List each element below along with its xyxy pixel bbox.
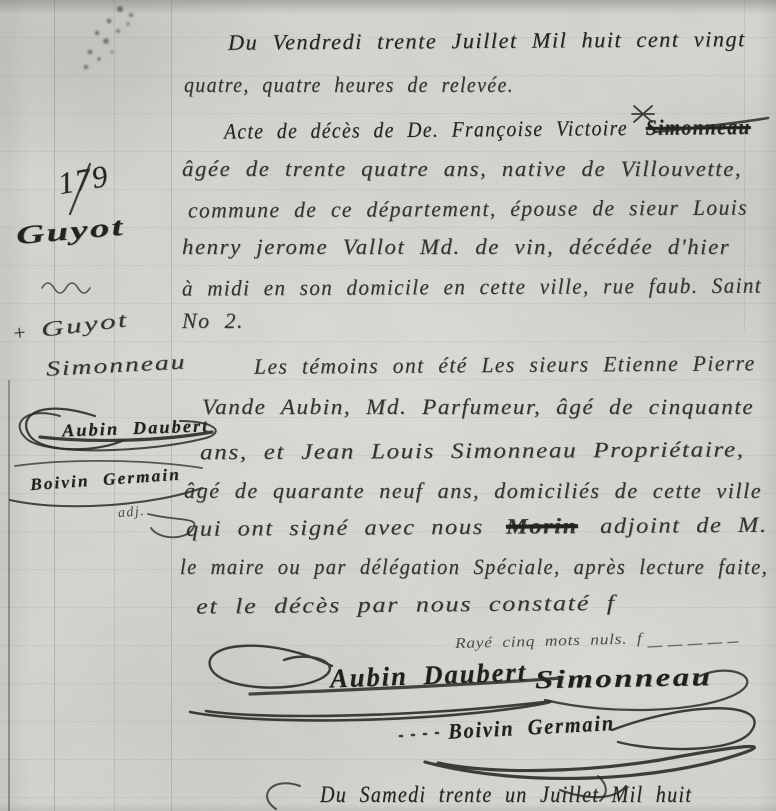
act-line-7: à midi en son domicile en cette ville, r… — [182, 272, 776, 301]
margin-renvoi: + Guyot — [11, 311, 102, 347]
fold-line — [54, 0, 55, 811]
margin-act-number: 179 — [55, 158, 111, 202]
signature-boivin-germain: Boivin Germain — [447, 709, 629, 744]
act-line-10: Vande Aubin, Md. Parfumeur, âgé de cinqu… — [202, 394, 727, 420]
signature-simonneau: Simonneau — [535, 663, 676, 695]
act-line-3: Acte de décès de De. Françoise Victoire … — [224, 113, 776, 144]
register-page-scan: 179 Guyot + Guyot Simonneau Aubin Dauber… — [0, 0, 776, 811]
margin-signature-aubin-daubert: Aubin Daubert — [62, 415, 207, 441]
act-line-12: âgé de quarante neuf ans, domiciliés de … — [184, 478, 757, 504]
act-line-6: henry jerome Vallot Md. de vin, décédée … — [182, 234, 710, 260]
margin-adjoint-abbr: adj. — [117, 504, 146, 522]
act-line-15: et le décès par nous constaté f — [196, 590, 550, 619]
act-line-3-text: Acte de décès de De. Françoise Victoire — [224, 115, 628, 144]
margin-signature-boivin-germain: Boivin Germain — [29, 465, 178, 495]
act-line-9: Les témoins ont été Les sieurs Etienne P… — [254, 350, 768, 380]
struck-official-name: Morin — [506, 513, 578, 539]
act-line-13: qui ont signé avec nous Morin adjoint de… — [186, 512, 712, 542]
margin-name-deceased: Guyot — [15, 215, 90, 251]
act-line-5: commune de ce département, épouse de sie… — [188, 194, 762, 223]
act-line-1: Du Vendredi trente Juillet Mil huit cent… — [228, 26, 740, 56]
fold-line — [171, 0, 172, 811]
act-line-13-text: qui ont signé avec nous — [186, 514, 484, 541]
fold-line — [114, 0, 115, 811]
ink-stain — [84, 6, 133, 69]
struck-surname: Simonneau — [646, 114, 751, 140]
act-line-11: ans, et Jean Louis Simonneau Propriétair… — [200, 437, 680, 466]
act-line-8: No 2. — [182, 308, 244, 334]
next-act-opening-line: Du Samedi trente un Juillet Mil huit — [320, 782, 747, 808]
act-line-13-text-end: adjoint de M. — [600, 512, 768, 538]
signature-aubin-daubert: Aubin Daubert — [330, 657, 531, 695]
fold-line — [8, 380, 10, 811]
correction-note: Rayé cinq mots nuls. f — [455, 632, 617, 653]
act-line-4: âgée de trente quatre ans, native de Vil… — [182, 156, 722, 182]
renvoi-cross-mark: + — [11, 320, 29, 346]
act-line-2: quatre, quatre heures de relevée. — [184, 72, 549, 98]
act-line-14: le maire ou par délégation Spéciale, apr… — [180, 554, 776, 580]
margin-witness-name: Simonneau — [45, 351, 153, 382]
